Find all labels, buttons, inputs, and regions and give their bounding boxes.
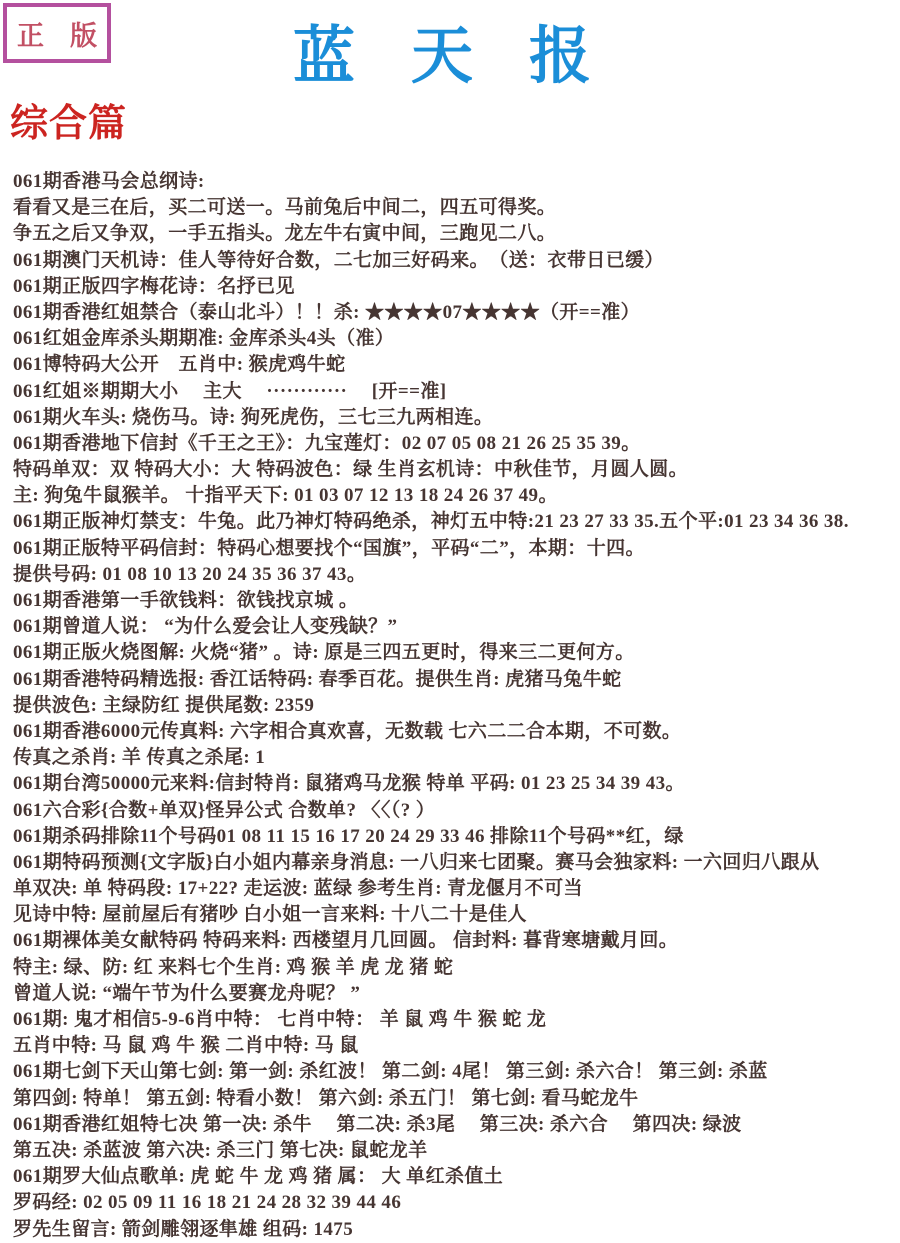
text-line: 061期台湾50000元来料:信封特肖: 鼠猪鸡马龙猴 特单 平码: 01 23… <box>13 771 898 797</box>
text-line: 061期正版四字梅花诗：名抒已见 <box>13 274 898 300</box>
text-line: 061期香港红姐特七决 第一决: 杀牛 第二决: 杀3尾 第三决: 杀六合 第四… <box>13 1112 898 1138</box>
text-line: 061期香港地下信封《千王之王》：九宝莲灯：02 07 05 08 21 26 … <box>13 431 898 457</box>
text-line: 看看又是三在后，买二可送一。马前兔后中间二，四五可得奖。 <box>13 195 898 221</box>
text-line: 061期正版特平码信封：特码心想要找个“国旗”，平码“二”，本期：十四。 <box>13 536 898 562</box>
text-line: 061期杀码排除11个号码01 08 11 15 16 17 20 24 29 … <box>13 824 898 850</box>
text-line: 061期: 鬼才相信5-9-6肖中特： 七肖中特： 羊 鼠 鸡 牛 猴 蛇 龙 <box>13 1007 898 1033</box>
text-line: 主: 狗兔牛鼠猴羊。 十指平天下: 01 03 07 12 13 18 24 2… <box>13 483 898 509</box>
text-line: 第四剑: 特单！ 第五剑: 特看小数！ 第六剑: 杀五门！ 第七剑: 看马蛇龙牛 <box>13 1086 898 1112</box>
text-line: 061六合彩{合数+单双}怪异公式 合数单? 〈〈（? ） <box>13 798 898 824</box>
text-line: 061期澳门天机诗：佳人等待好合数，二七加三好码来。 （送：衣带日已缓） <box>13 248 898 274</box>
text-line: 特主: 绿、防: 红 来料七个生肖: 鸡 猴 羊 虎 龙 猪 蛇 <box>13 955 898 981</box>
text-line: 061期特码预测{文字版}白小姐内幕亲身消息: 一八归来七团聚。赛马会独家料: … <box>13 850 898 876</box>
text-line: 061期香港6000元传真料: 六字相合真欢喜，无数载 七六二二合本期，不可数。 <box>13 719 898 745</box>
text-line: 传真之杀肖: 羊 传真之杀尾: 1 <box>13 745 898 771</box>
text-line: 061红姐金库杀头期期准: 金库杀头4头（准） <box>13 326 898 352</box>
text-line: 罗码经: 02 05 09 11 16 18 21 24 28 32 39 44… <box>13 1190 898 1216</box>
text-line: 提供号码: 01 08 10 13 20 24 35 36 37 43。 <box>13 562 898 588</box>
text-line: 第五决: 杀蓝波 第六决: 杀三门 第七决: 鼠蛇龙羊 <box>13 1138 898 1164</box>
text-line: 曾道人说: “端午节为什么要赛龙舟呢？ ” <box>13 981 898 1007</box>
text-line: 061期曾道人说： “为什么爱会让人变残缺？” <box>13 614 898 640</box>
text-line: 061期火车头: 烧伤马。诗: 狗死虎伤，三七三九两相连。 <box>13 405 898 431</box>
text-line: 见诗中特: 屋前屋后有猪吵 白小姐一言来料: 十八二十是佳人 <box>13 902 898 928</box>
text-line: 061博特码大公开 五肖中: 猴虎鸡牛蛇 <box>13 352 898 378</box>
text-line: 061期香港第一手欲钱料：欲钱找京城 。 <box>13 588 898 614</box>
text-line: 五肖中特: 马 鼠 鸡 牛 猴 二肖中特: 马 鼠 <box>13 1033 898 1059</box>
text-line: 061期裸体美女献特码 特码来料: 西楼望月几回圆。 信封料: 暮背寒塘戴月回。 <box>13 928 898 954</box>
text-line: 061期正版神灯禁支：牛兔。此乃神灯特码绝杀，神灯五中特:21 23 27 33… <box>13 509 898 535</box>
page-title: 蓝天报 <box>0 6 900 95</box>
text-line: 061期香港红姐禁合（泰山北斗）！！杀: ★★★★07★★★★（开==准） <box>13 300 898 326</box>
text-line: 061期正版火烧图解: 火烧“猪” 。诗: 原是三四五更时，得来三二更何方。 <box>13 640 898 666</box>
text-line: 061期香港特码精选报: 香江话特码: 春季百花。提供生肖: 虎猪马兔牛蛇 <box>13 667 898 693</box>
text-line: 061红姐※期期大小 主大 ············ [开==准] <box>13 379 898 405</box>
text-line: 单双决: 单 特码段: 17+22? 走运波: 蓝绿 参考生肖: 青龙偃月不可当 <box>13 876 898 902</box>
text-line: 罗先生留言: 箭剑雕翎逐隼雄 组码: 1475 <box>13 1217 898 1243</box>
newspaper-page: 正版 蓝天报 综合篇 061期香港马会总纲诗:看看又是三在后，买二可送一。马前兔… <box>0 0 900 1243</box>
text-line: 061期七剑下天山第七剑: 第一剑: 杀红波！ 第二剑: 4尾！ 第三剑: 杀六… <box>13 1059 898 1085</box>
text-line: 提供波色: 主绿防红 提供尾数: 2359 <box>13 693 898 719</box>
section-title: 综合篇 <box>10 92 127 147</box>
text-line: 争五之后又争双，一手五指头。龙左牛右寅中间，三跑见二八。 <box>13 221 898 247</box>
text-line: 061期香港马会总纲诗: <box>13 169 898 195</box>
body-lines: 061期香港马会总纲诗:看看又是三在后，买二可送一。马前兔后中间二，四五可得奖。… <box>13 169 898 1243</box>
text-line: 061期罗大仙点歌单: 虎 蛇 牛 龙 鸡 猪 属： 大 单红杀值土 <box>13 1164 898 1190</box>
text-line: 特码单双：双 特码大小：大 特码波色：绿 生肖玄机诗：中秋佳节，月圆人圆。 <box>13 457 898 483</box>
